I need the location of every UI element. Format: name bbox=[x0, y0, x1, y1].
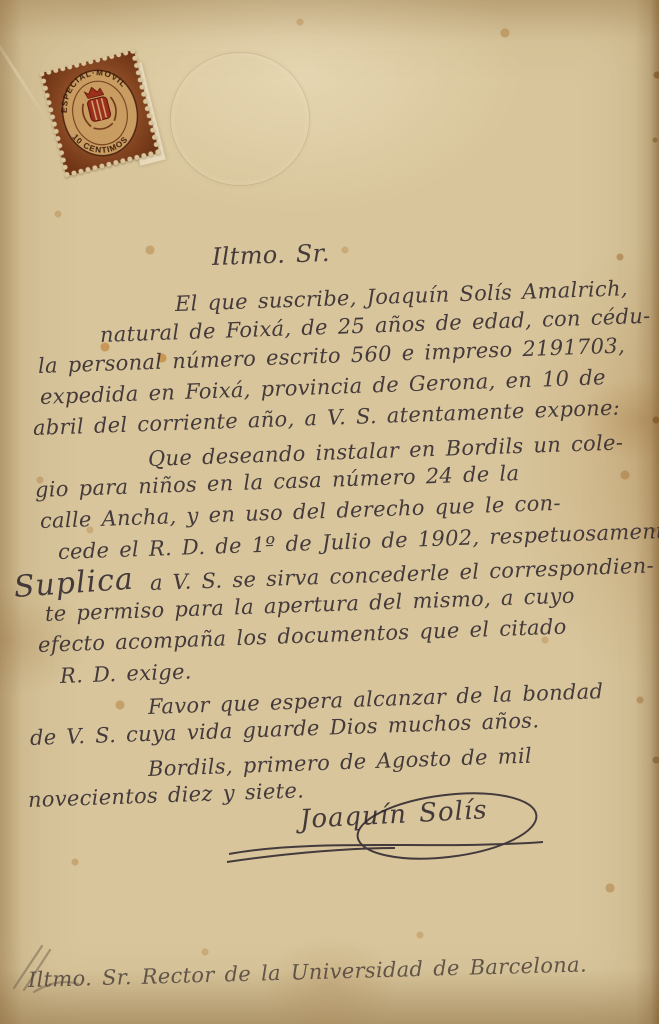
revenue-stamp: ESPECIAL·MOVIL 10 CENTIMOS bbox=[38, 48, 162, 179]
stamp-graphic: ESPECIAL·MOVIL 10 CENTIMOS bbox=[38, 48, 162, 179]
salutation: Iltmo. Sr. bbox=[212, 239, 331, 271]
embossed-seal-icon bbox=[170, 52, 310, 186]
letter-line: R. D. exige. bbox=[60, 659, 192, 688]
margin-word-suplica: Suplica bbox=[13, 562, 135, 605]
letter-line: de V. S. cuya vida guarde Dios muchos añ… bbox=[30, 708, 540, 750]
letter-line: Bordils, primero de Agosto de mil bbox=[148, 744, 533, 781]
document-page: ESPECIAL·MOVIL 10 CENTIMOS Iltmo. Sr. El… bbox=[0, 0, 659, 1024]
signature-flourish bbox=[225, 788, 555, 878]
